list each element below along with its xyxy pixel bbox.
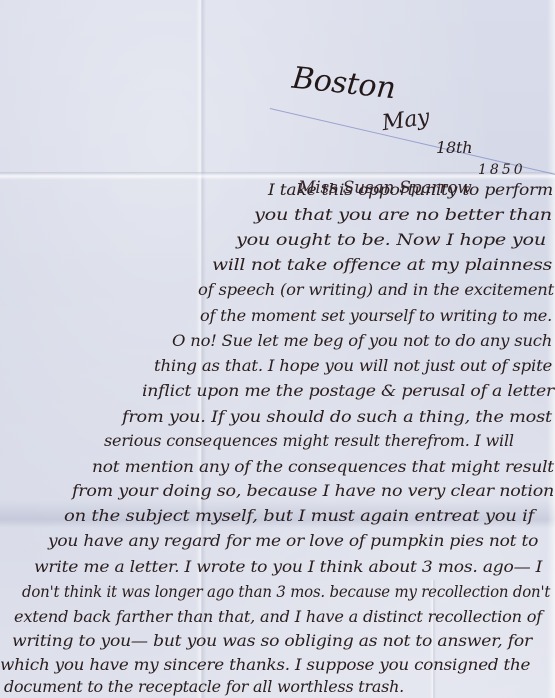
letter-line: serious consequences might result theref… (104, 432, 514, 450)
letter-line: you have any regard for me or love of pu… (48, 532, 538, 550)
letter-line: of speech (or writing) and in the excite… (198, 281, 554, 299)
letter-month: May (380, 105, 431, 136)
letter-line: inflict upon me the postage & perusal of… (142, 382, 554, 400)
letter-day: 18th (436, 138, 472, 157)
letter-line: on the subject myself, but I must again … (64, 507, 534, 525)
letter-line: will not take offence at my plainness (212, 256, 552, 274)
letter-line: which you have my sincere thanks. I supp… (0, 656, 530, 674)
letter-line: writing to you— but you was so obliging … (12, 632, 532, 650)
letter-line: from you. If you should do such a thing,… (122, 408, 552, 426)
letter-line: I take this opportunity to perform (268, 181, 553, 199)
letter-line: document to the receptacle for all worth… (4, 678, 404, 696)
letter-line: you that you are no better than (254, 206, 552, 224)
letter-line: of the moment set yourself to writing to… (200, 307, 552, 325)
letter-line: write me a letter. I wrote to you I thin… (34, 558, 542, 576)
letter-year: 1850 (478, 162, 526, 178)
letter-line: thing as that. I hope you will not just … (154, 357, 552, 375)
letter-line: from your doing so, because I have no ve… (72, 482, 554, 500)
letter-line: don't think it was longer ago than 3 mos… (22, 583, 550, 601)
letter-line: extend back farther than that, and I hav… (14, 608, 542, 626)
letter-line: O no! Sue let me beg of you not to do an… (172, 332, 552, 350)
letter-page: Boston May 18th 1850 Miss Susan Sparrow … (0, 0, 555, 698)
letter-line: not mention any of the consequences that… (92, 458, 554, 476)
letter-place: Boston (290, 61, 397, 107)
letter-line: you ought to be. Now I hope you (236, 231, 546, 249)
